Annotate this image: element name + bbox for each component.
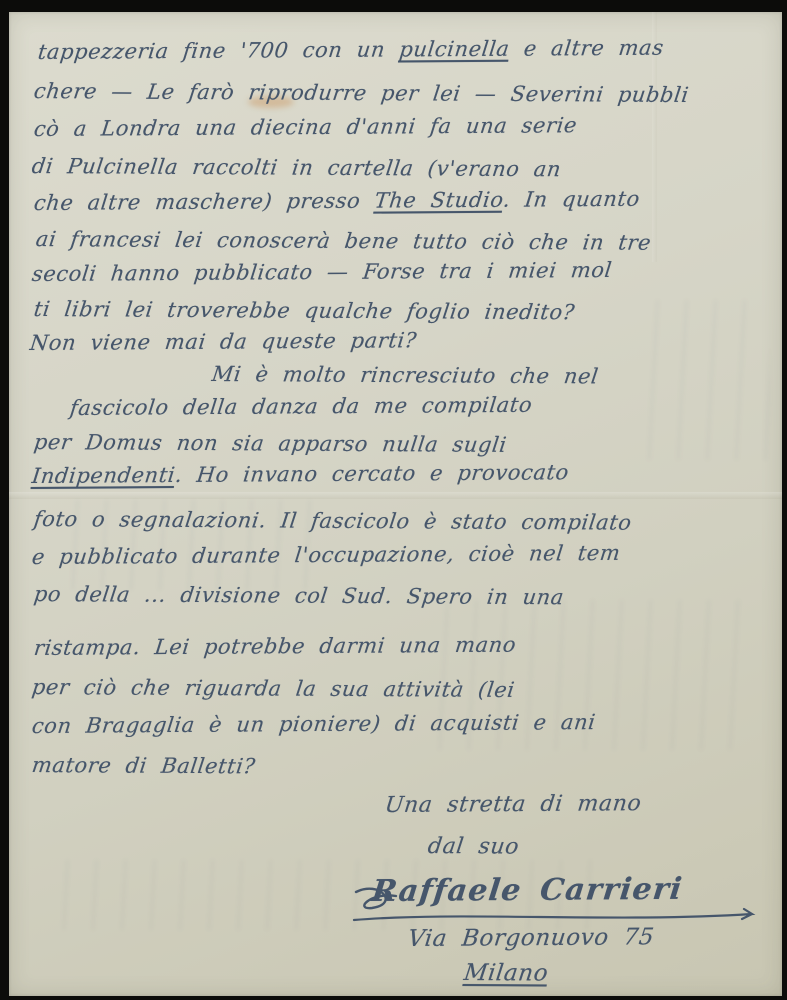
line-text: tappezzeria fine '700 con un xyxy=(37,37,401,64)
letter-line: matore di Balletti? xyxy=(30,753,256,778)
letter-line: ristampa. Lei potrebbe darmi una mano xyxy=(33,633,518,660)
line-text: . Ho invano cercato e provocato xyxy=(174,460,571,487)
letter-line: tappezzeria fine '700 con un pulcinella … xyxy=(37,36,666,64)
letter-line: chere — Le farò riprodurre per lei — Sev… xyxy=(32,79,690,107)
letter-line: Non viene mai da queste parti? xyxy=(29,328,419,355)
letter-line: foto o segnalazioni. Il fascicolo è stat… xyxy=(32,507,633,535)
letter-line: Mi è molto rincresciuto che nel xyxy=(210,362,600,388)
underlined-word: Indipendenti xyxy=(31,463,177,488)
letter-line: ai francesi lei conoscerà bene tutto ciò… xyxy=(34,227,652,255)
letter-line: secoli hanno pubblicato — Forse tra i mi… xyxy=(31,258,614,286)
closing-handshake: Una stretta di mano xyxy=(384,791,643,818)
letter-line: po della ... divisione col Sud. Spero in… xyxy=(32,582,565,609)
letter-line: fascicolo della danza da me compilato xyxy=(69,393,534,420)
letter-line: di Pulcinella raccolti in cartella (v'er… xyxy=(30,154,562,181)
signature: Raffaele Carrieri xyxy=(370,872,685,909)
letter-line: cò a Londra una diecina d'anni fa una se… xyxy=(33,113,579,141)
line-text: . In quanto xyxy=(502,187,641,212)
letter-line: ti libri lei troverebbe qualche foglio i… xyxy=(32,297,576,324)
underlined-word: The Studio xyxy=(373,188,504,213)
line-text: e altre mas xyxy=(508,36,665,61)
closing-from: dal suo xyxy=(426,834,520,860)
address-city: Milano xyxy=(462,960,550,987)
line-text: che altre maschere) presso xyxy=(33,189,377,215)
photographed-letter: tappezzeria fine '700 con un pulcinella … xyxy=(0,0,787,1000)
letter-line: Indipendenti. Ho invano cercato e provoc… xyxy=(31,460,571,488)
letter-line: per ciò che riguarda la sua attività (le… xyxy=(30,675,516,702)
letter-line: con Bragaglia è un pioniere) di acquisti… xyxy=(31,710,597,738)
underlined-word: pulcinella xyxy=(398,37,511,62)
letter-line: che altre maschere) presso The Studio. I… xyxy=(33,187,642,215)
letter-line: e pubblicato durante l'occupazione, cioè… xyxy=(31,541,622,569)
letter-line: per Domus non sia apparso nulla sugli xyxy=(32,430,508,457)
underlined-word: Milano xyxy=(462,960,550,987)
address-street: Via Borgonuovo 75 xyxy=(406,924,655,952)
